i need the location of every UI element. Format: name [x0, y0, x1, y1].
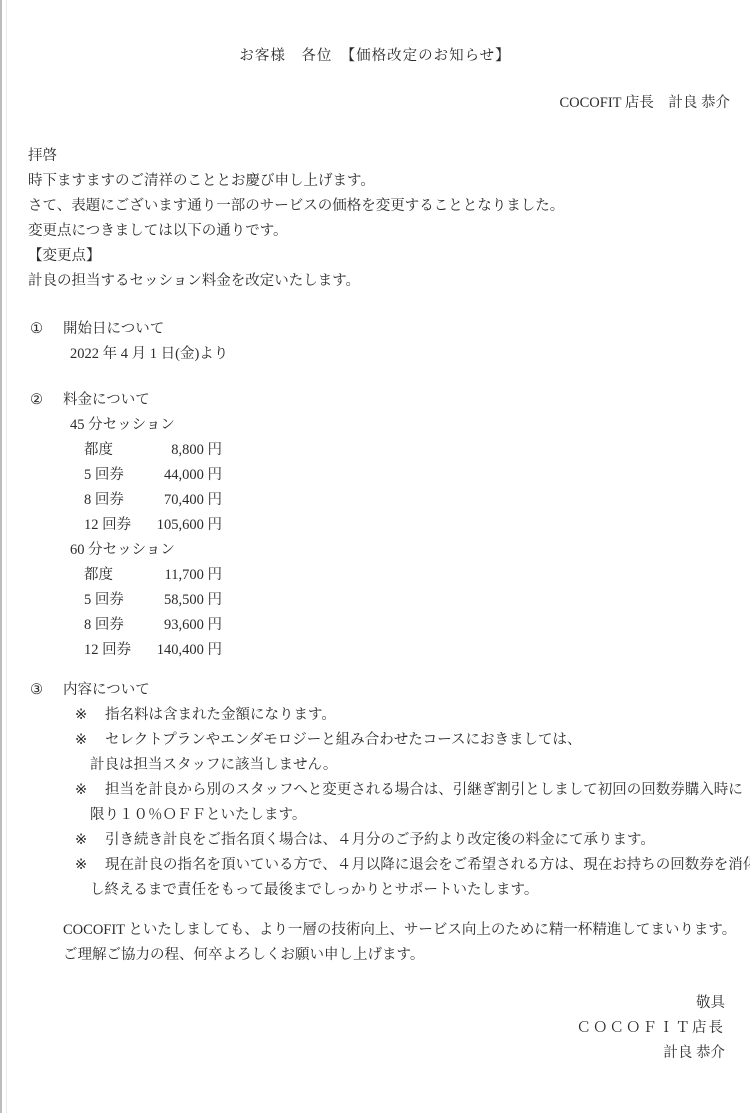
section-number: ③ — [30, 678, 63, 703]
section-number: ② — [30, 388, 63, 413]
price-value: 58,500 円 — [148, 588, 222, 613]
sender-line: COCOFIT 店長 計良 恭介 — [0, 91, 750, 116]
price-label: 12 回券 — [84, 513, 148, 538]
price-row: 都度 8,800 円 — [84, 438, 750, 463]
price-label: 5 回券 — [84, 588, 148, 613]
intro-line: 時下ますますのご清祥のこととお慶び申し上げます。 — [28, 169, 750, 194]
note-item: ※引き続き計良をご指名頂く場合は、４月分のご予約より改定後の料金にて承ります。 — [75, 828, 750, 853]
price-label: 5 回券 — [84, 463, 148, 488]
greeting-haikei: 拝啓 — [28, 144, 750, 169]
change-point-heading: 【変更点】 — [28, 244, 750, 269]
section-heading-text: 料金について — [63, 392, 150, 408]
price-value: 93,600 円 — [148, 613, 222, 638]
price-row: 12 回券 105,600 円 — [84, 513, 750, 538]
price-value: 105,600 円 — [148, 513, 222, 538]
session-group-name: 60 分セッション — [70, 538, 750, 563]
section-number: ① — [30, 317, 63, 342]
note-marker: ※ — [75, 853, 105, 878]
closing-line: COCOFIT といたしましても、より一層の技術向上、サービス向上のために精一杯… — [63, 918, 750, 943]
section-start-date: ①開始日について — [0, 317, 750, 342]
price-row: 5 回券 58,500 円 — [84, 588, 750, 613]
start-date-value: 2022 年 4 月 1 日(金)より — [70, 342, 750, 367]
price-label: 8 回券 — [84, 613, 148, 638]
price-value: 44,000 円 — [148, 463, 222, 488]
change-point-description: 計良の担当するセッション料金を改定いたします。 — [28, 269, 750, 294]
note-text: 現在計良の指名を頂いている方で、４月以降に退会をご希望される方は、現在お持ちの回… — [105, 857, 750, 873]
price-label: 12 回券 — [84, 638, 148, 663]
signoff-name: 計良 恭介 — [0, 1041, 750, 1066]
note-item: ※現在計良の指名を頂いている方で、４月以降に退会をご希望される方は、現在お持ちの… — [75, 853, 750, 878]
note-marker: ※ — [75, 828, 105, 853]
note-marker: ※ — [75, 703, 105, 728]
note-item: ※指名料は含まれた金額になります。 — [75, 703, 750, 728]
price-label: 都度 — [84, 563, 148, 588]
note-text-continued: し終えるまで責任をもって最後までしっかりとサポートいたします。 — [90, 878, 750, 903]
price-row: 5 回券 44,000 円 — [84, 463, 750, 488]
closing-paragraph: COCOFIT といたしましても、より一層の技術向上、サービス向上のために精一杯… — [63, 918, 750, 968]
intro-line: さて、表題にございます通り一部のサービスの価格を変更することとなりました。 — [28, 194, 750, 219]
price-value: 11,700 円 — [148, 563, 222, 588]
note-item: ※セレクトプランやエンダモロジーと組み合わせたコースにおきましては、 — [75, 728, 750, 753]
price-label: 8 回券 — [84, 488, 148, 513]
intro-line: 変更点につきましては以下の通りです。 — [28, 219, 750, 244]
signoff-company-role: ＣＯＣＯＦＩＴ店長 — [0, 1016, 750, 1041]
session-group-name: 45 分セッション — [70, 413, 750, 438]
signoff-keigu: 敬具 — [0, 991, 750, 1016]
note-text: 指名料は含まれた金額になります。 — [105, 707, 336, 723]
section-details: ③内容について — [0, 678, 750, 703]
note-marker: ※ — [75, 728, 105, 753]
note-text-continued: 計良は担当スタッフに該当しません。 — [90, 753, 750, 778]
closing-line: ご理解ご協力の程、何卒よろしくお願い申し上げます。 — [63, 943, 750, 968]
notice-letter-page: お客様 各位 【価格改定のお知らせ】 COCOFIT 店長 計良 恭介 拝啓 時… — [0, 0, 750, 1113]
note-text: 担当を計良から別のスタッフへと変更される場合は、引継ぎ割引としまして初回の回数券… — [105, 782, 743, 798]
note-text: セレクトプランやエンダモロジーと組み合わせたコースにおきましては、 — [105, 732, 581, 748]
price-row: 都度 11,700 円 — [84, 563, 750, 588]
section-heading-text: 内容について — [63, 682, 150, 698]
note-text: 引き続き計良をご指名頂く場合は、４月分のご予約より改定後の料金にて承ります。 — [105, 832, 655, 848]
price-row: 12 回券 140,400 円 — [84, 638, 750, 663]
note-text-continued: 限り１０％ＯＦＦといたします。 — [90, 803, 750, 828]
note-marker: ※ — [75, 778, 105, 803]
document-title: お客様 各位 【価格改定のお知らせ】 — [0, 0, 750, 69]
note-item: ※担当を計良から別のスタッフへと変更される場合は、引継ぎ割引としまして初回の回数… — [75, 778, 750, 803]
section-heading-text: 開始日について — [63, 321, 164, 337]
price-value: 140,400 円 — [148, 638, 222, 663]
price-value: 70,400 円 — [148, 488, 222, 513]
section-pricing: ②料金について — [0, 388, 750, 413]
price-label: 都度 — [84, 438, 148, 463]
price-row: 8 回券 70,400 円 — [84, 488, 750, 513]
price-value: 8,800 円 — [148, 438, 222, 463]
price-row: 8 回券 93,600 円 — [84, 613, 750, 638]
